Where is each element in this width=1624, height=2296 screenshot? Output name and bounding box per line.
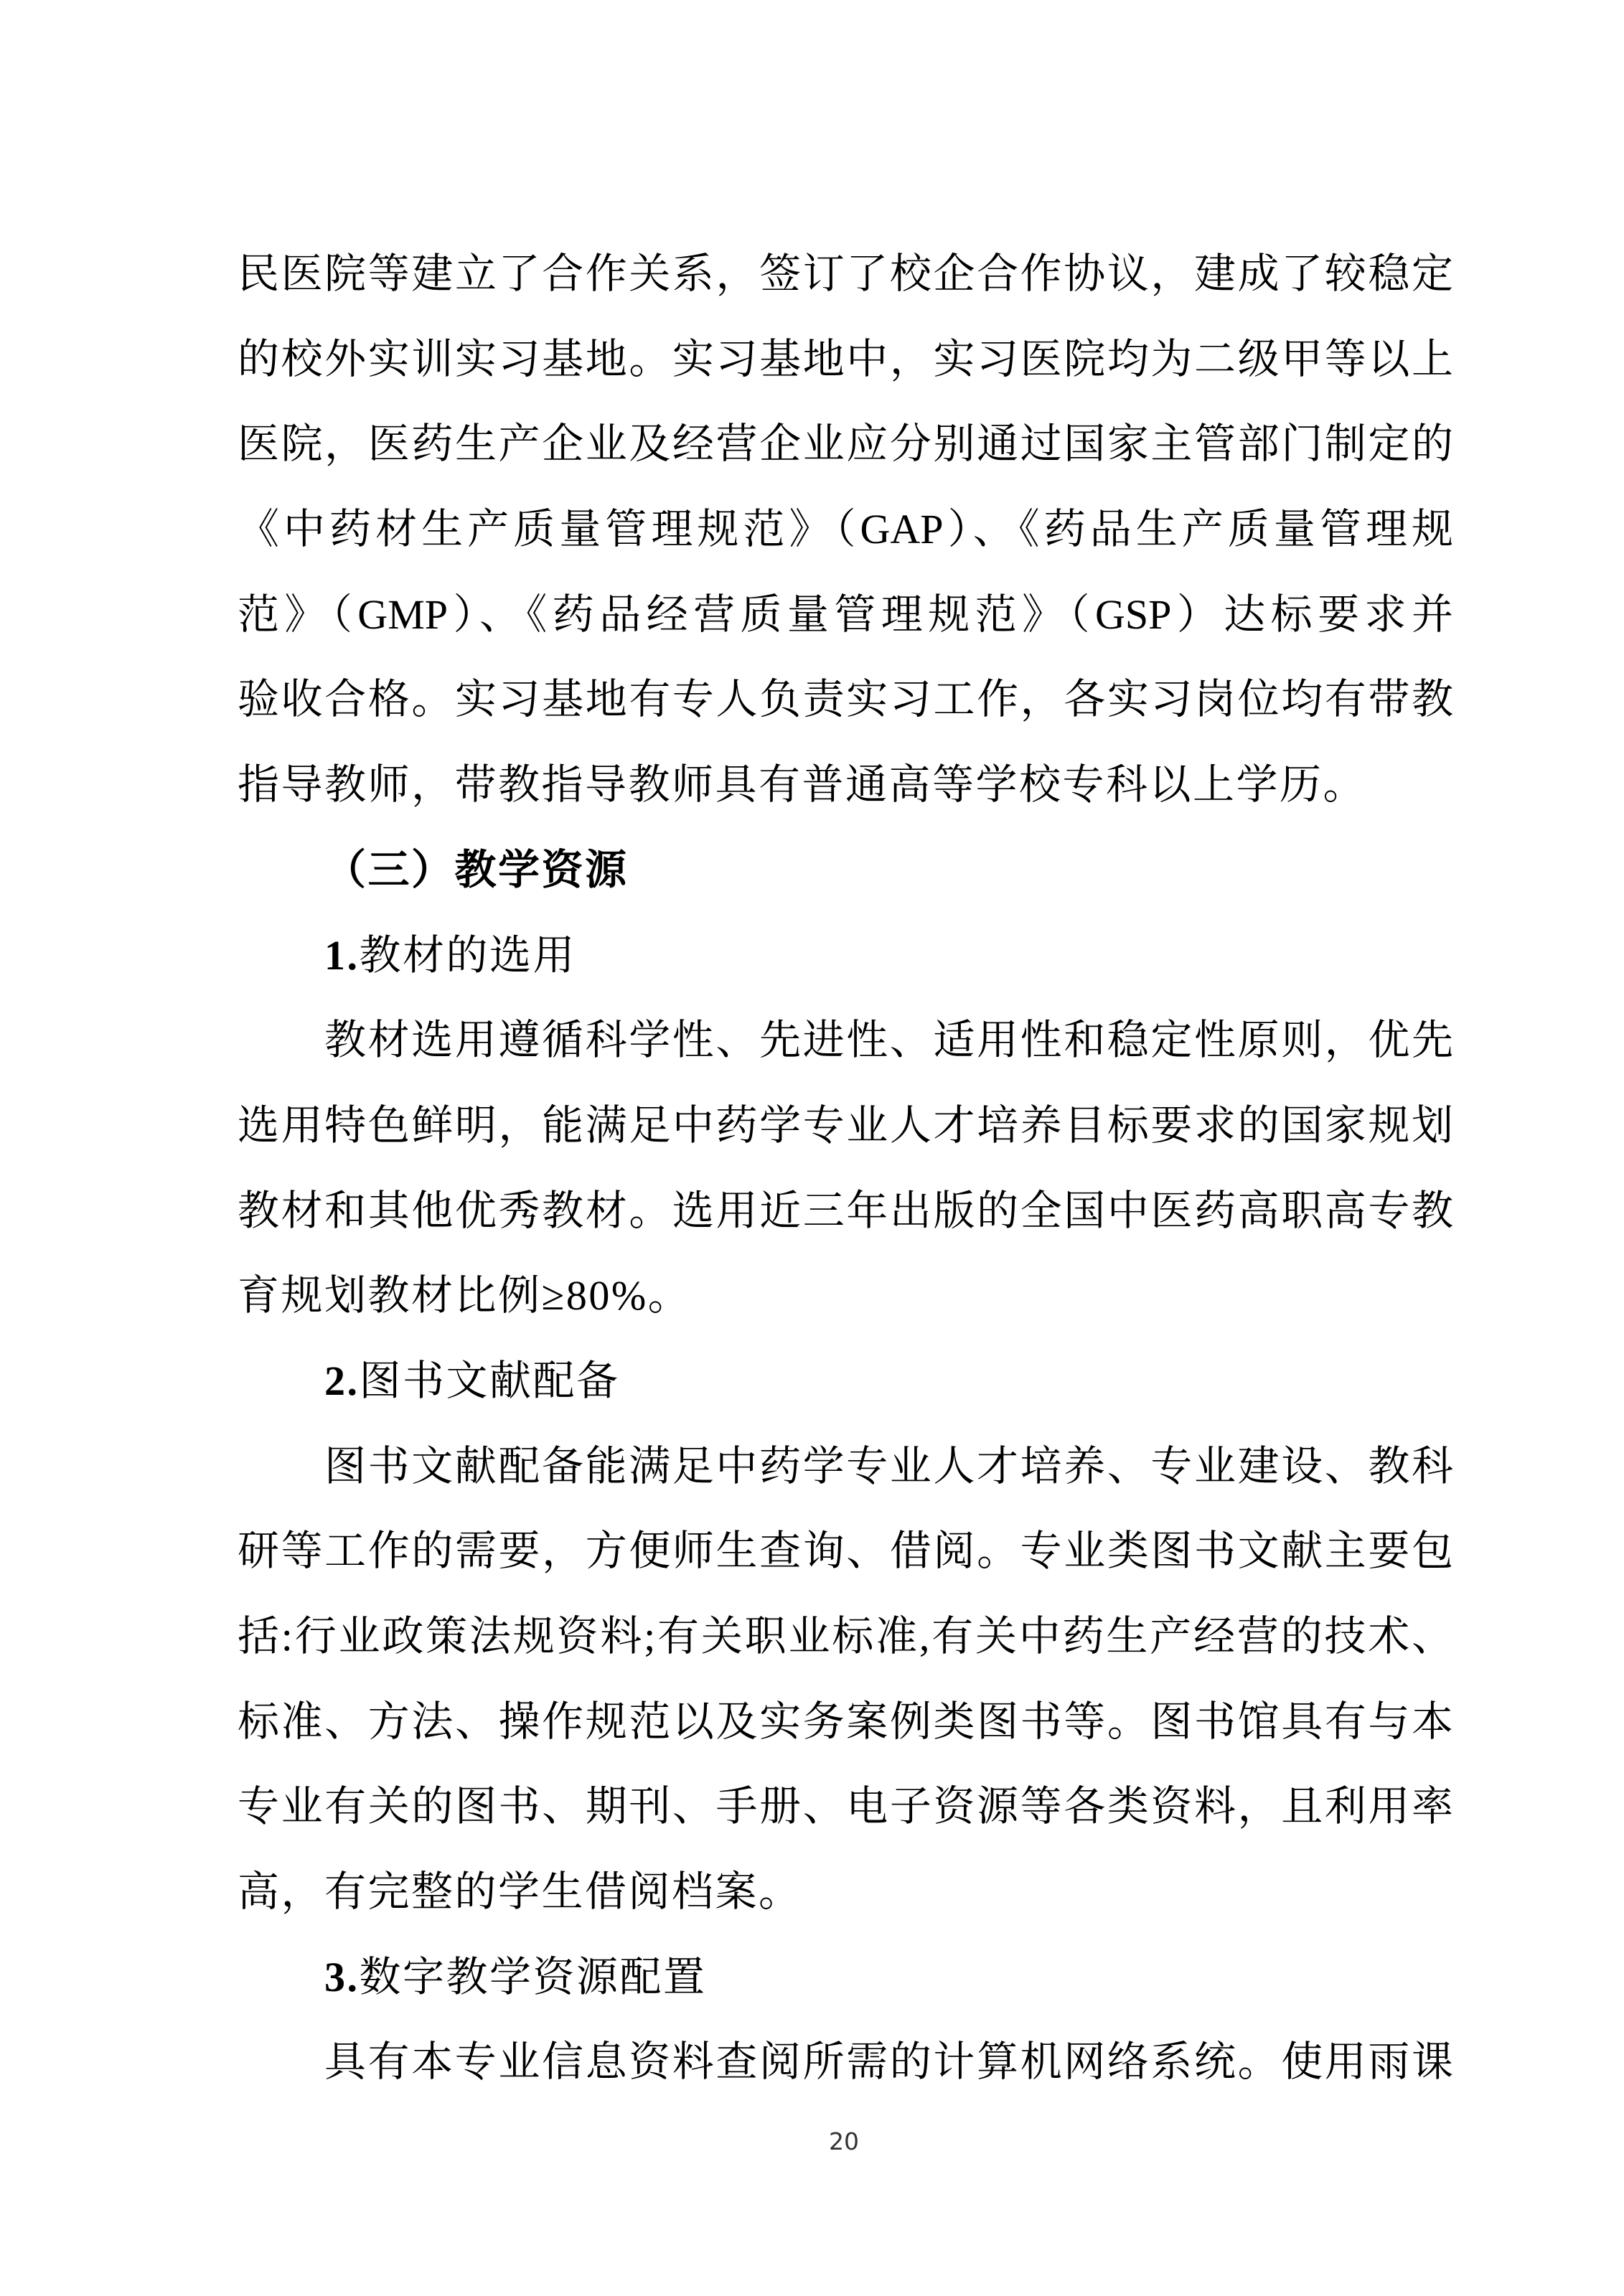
text-line: 专业有关的图书、期刊、手册、电子资源等各类资料，且利用率 xyxy=(238,1764,1453,1850)
text-line: 选用特色鲜明，能满足中药学专业人才培养目标要求的国家规划 xyxy=(238,1083,1453,1169)
page-body: 民医院等建立了合作关系，签订了校企合作协议，建成了较稳定 的校外实训实习基地。实… xyxy=(238,232,1453,2105)
subsection-title: 数字教学资源配置 xyxy=(360,1954,707,2000)
subsection-number: 3. xyxy=(324,1954,360,2000)
document-page: 民医院等建立了合作关系，签订了校企合作协议，建成了较稳定 的校外实训实习基地。实… xyxy=(0,0,1624,2296)
text-line: 标准、方法、操作规范以及实务案例类图书等。图书馆具有与本 xyxy=(238,1680,1453,1765)
text-line: 《中药材生产质量管理规范》（GAP）、《药品生产质量管理规 xyxy=(238,487,1453,573)
page-number: 20 xyxy=(812,2124,876,2160)
section-heading: （三）教学资源 xyxy=(238,828,1453,913)
text-line: 的校外实训实习基地。实习基地中，实习医院均为二级甲等以上 xyxy=(238,317,1453,403)
text-line: 民医院等建立了合作关系，签订了校企合作协议，建成了较稳定 xyxy=(238,232,1453,317)
text-line: 研等工作的需要，方便师生查询、借阅。专业类图书文献主要包 xyxy=(238,1509,1453,1594)
text-line: 医院，医药生产企业及经营企业应分别通过国家主管部门制定的 xyxy=(238,402,1453,487)
subsection-title: 教材的选用 xyxy=(360,932,577,979)
text-line: 范》（GMP）、《药品经营质量管理规范》（GSP）达标要求并 xyxy=(238,573,1453,658)
text-line: 教材选用遵循科学性、先进性、适用性和稳定性原则，优先 xyxy=(238,998,1453,1083)
subsection-number: 1. xyxy=(324,932,360,979)
subsection-heading-digital: 3.数字教学资源配置 xyxy=(238,1935,1453,2020)
paragraph-digital-resources: 具有本专业信息资料查阅所需的计算机网络系统。使用雨课 xyxy=(238,2020,1453,2105)
paragraph-library-resources: 图书文献配备能满足中药学专业人才培养、专业建设、教科 研等工作的需要，方便师生查… xyxy=(238,1424,1453,1935)
paragraph-textbook-selection: 教材选用遵循科学性、先进性、适用性和稳定性原则，优先 选用特色鲜明，能满足中药学… xyxy=(238,998,1453,1339)
text-line: 教材和其他优秀教材。选用近三年出版的全国中医药高职高专教 xyxy=(238,1169,1453,1254)
subsection-heading-library: 2.图书文献配备 xyxy=(238,1339,1453,1424)
text-line: 育规划教材比例≥80%。 xyxy=(238,1253,1453,1339)
text-line: 括:行业政策法规资料;有关职业标准,有关中药生产经营的技术、 xyxy=(238,1594,1453,1680)
text-line: 图书文献配备能满足中药学专业人才培养、专业建设、教科 xyxy=(238,1424,1453,1510)
text-line: 高，有完整的学生借阅档案。 xyxy=(238,1850,1453,1935)
text-line: 具有本专业信息资料查阅所需的计算机网络系统。使用雨课 xyxy=(238,2020,1453,2105)
subsection-title: 图书文献配备 xyxy=(360,1358,620,1404)
paragraph-internship-bases: 民医院等建立了合作关系，签订了校企合作协议，建成了较稳定 的校外实训实习基地。实… xyxy=(238,232,1453,828)
text-line: 指导教师，带教指导教师具有普通高等学校专科以上学历。 xyxy=(238,743,1453,828)
subsection-heading-textbooks: 1.教材的选用 xyxy=(238,913,1453,999)
subsection-number: 2. xyxy=(324,1358,360,1404)
text-line: 验收合格。实习基地有专人负责实习工作，各实习岗位均有带教 xyxy=(238,657,1453,743)
